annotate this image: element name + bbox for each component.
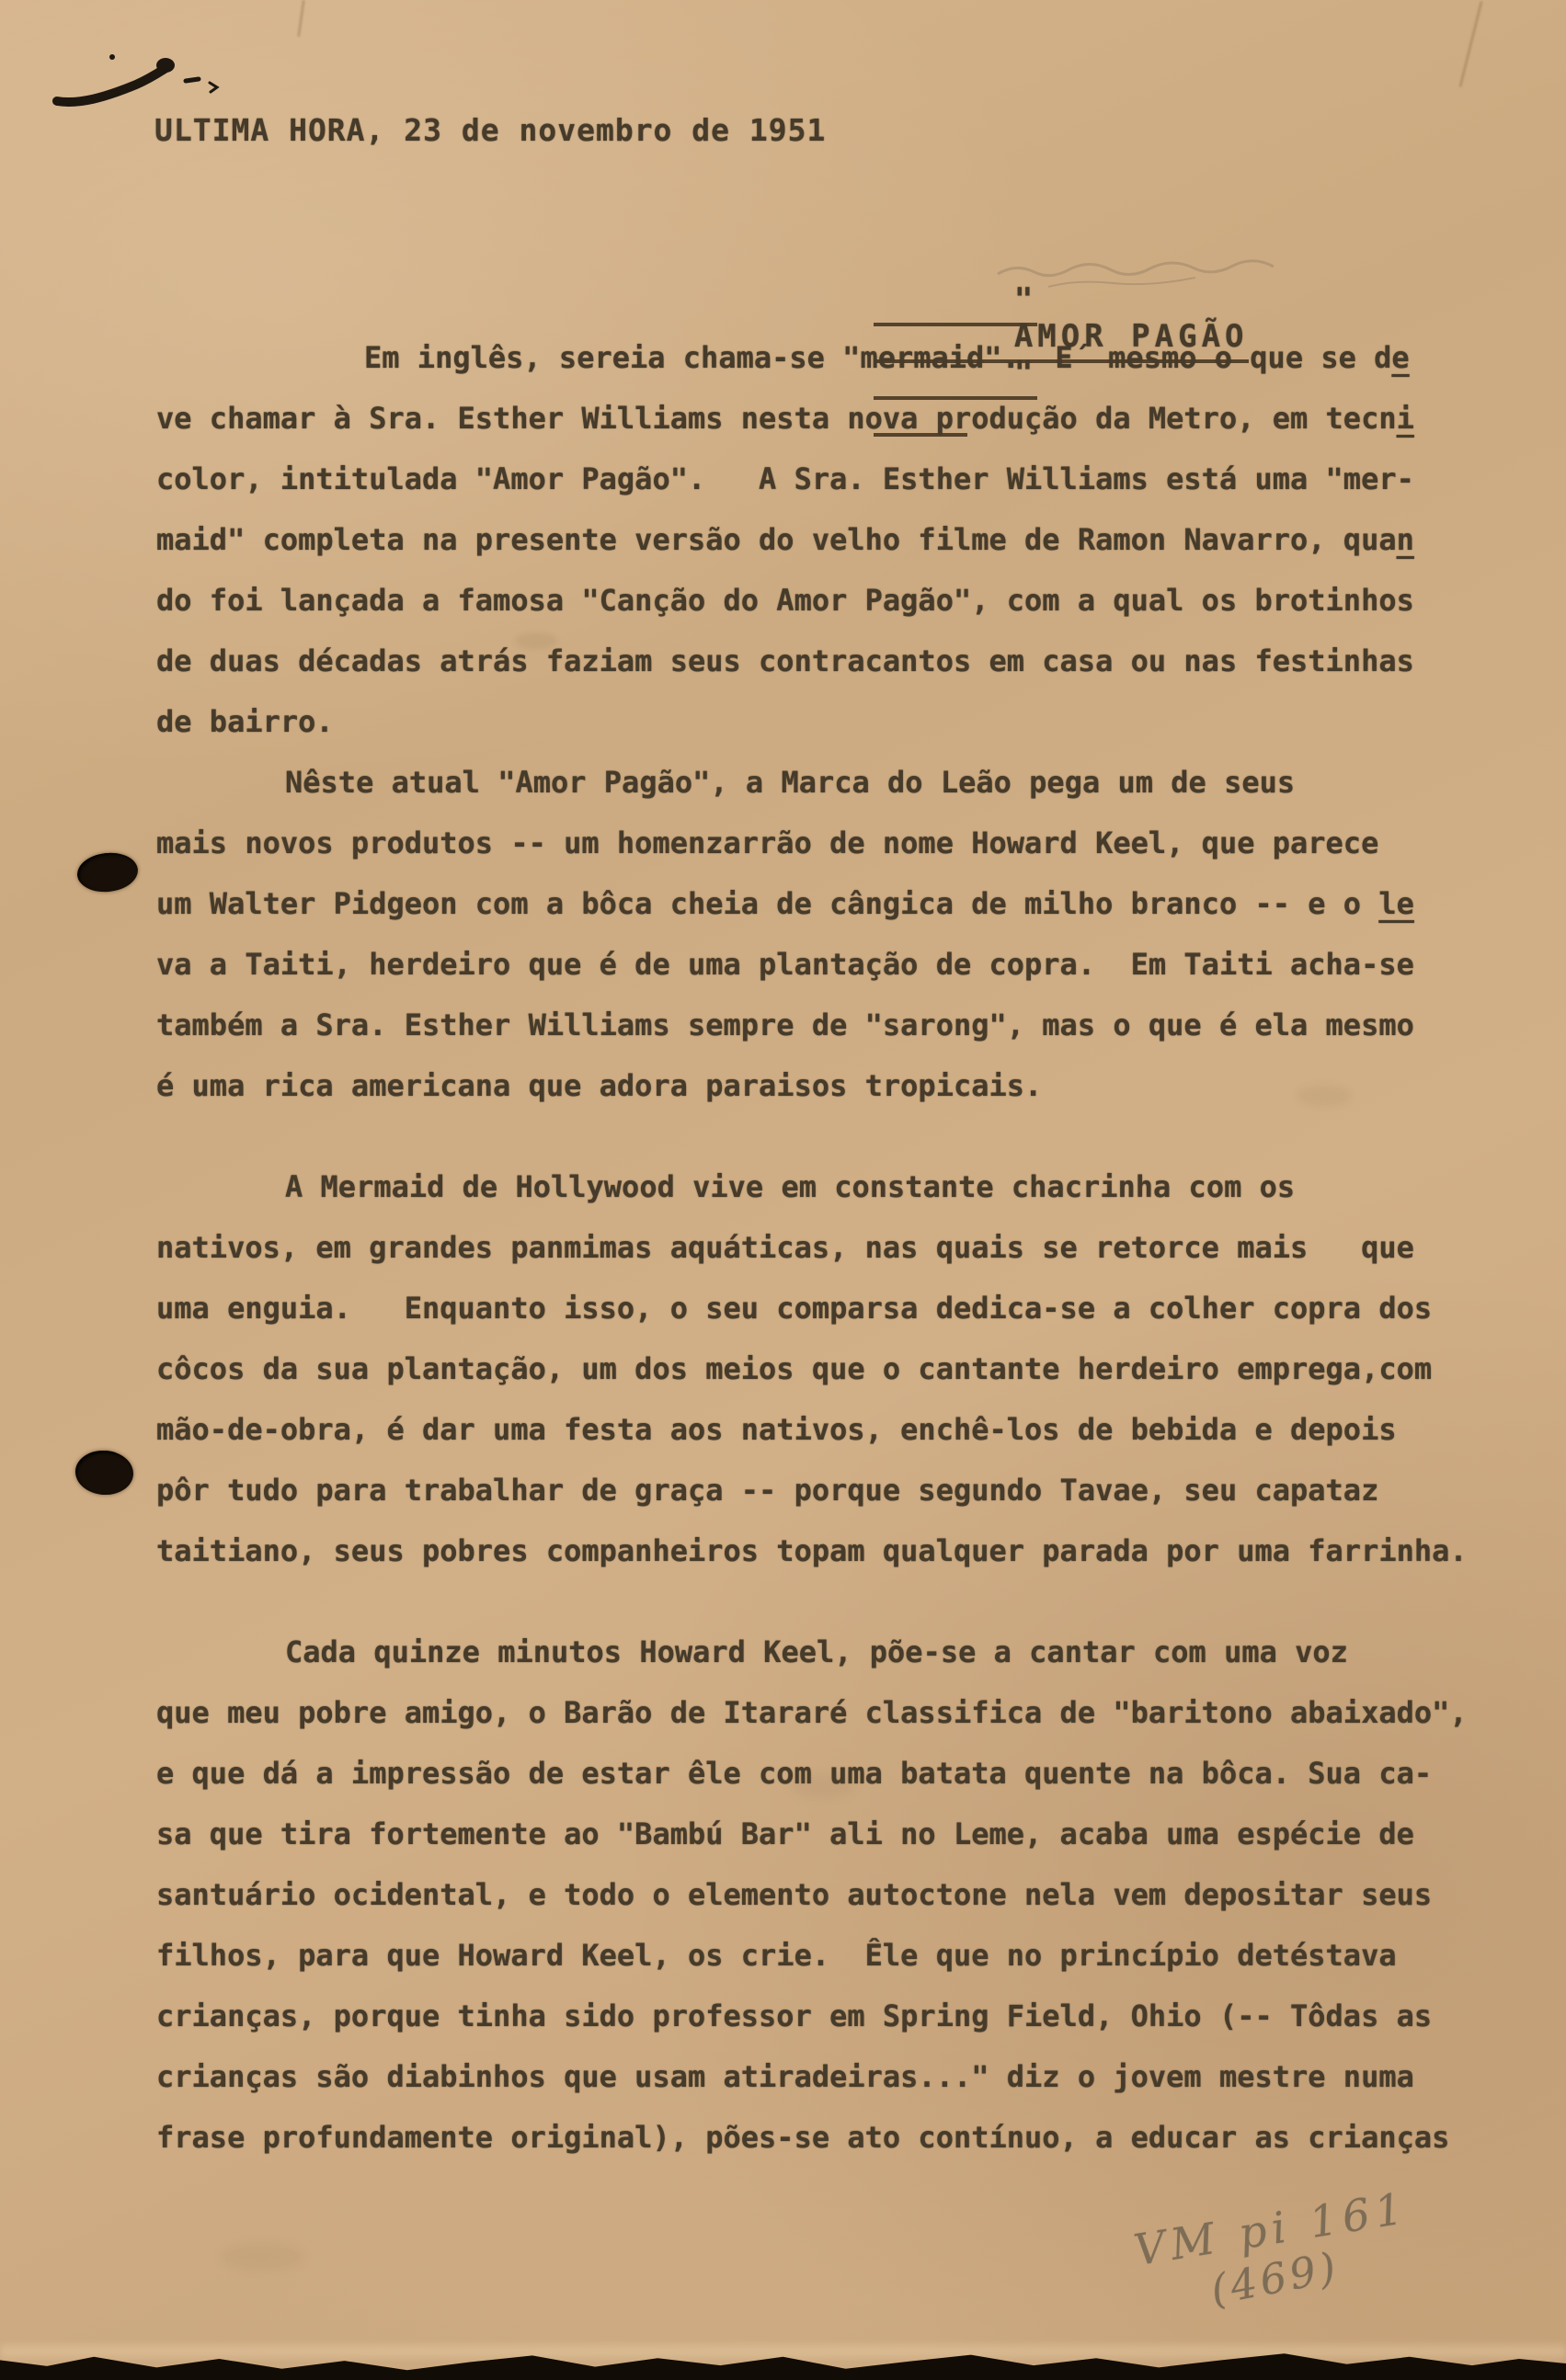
punch-hole-top <box>75 850 140 895</box>
typed-line: sa que tira fortemente ao "Bambú Bar" al… <box>156 1804 1526 1864</box>
paper-crease <box>297 0 305 37</box>
typed-line: também a Sra. Esther Williams sempre de … <box>156 995 1526 1055</box>
typed-line: mais novos produtos -- um homenzarrão de… <box>156 813 1526 873</box>
typed-line: filhos, para que Howard Keel, os crie. Ê… <box>156 1925 1526 1986</box>
typed-line: de bairro. <box>156 691 1526 752</box>
typed-line: que meu pobre amigo, o Barão de Itararé … <box>156 1682 1526 1743</box>
typed-line: mão-de-obra, é dar uma festa aos nativos… <box>156 1399 1526 1460</box>
typed-line: nativos, em grandes panmimas aquáticas, … <box>156 1217 1526 1278</box>
paragraph: A Mermaid de Hollywood vive em constante… <box>156 1156 1526 1581</box>
typed-line: Em inglês, sereia chama-se "mermaid". E´… <box>156 327 1526 388</box>
typed-line: ve chamar à Sra. Esther Williams nesta n… <box>156 388 1526 449</box>
typed-line: A Mermaid de Hollywood vive em constante… <box>156 1156 1526 1217</box>
typed-line: um Walter Pidgeon com a bôca cheia de câ… <box>156 873 1526 934</box>
typed-line: côcos da sua plantação, um dos meios que… <box>156 1338 1526 1399</box>
typed-line: crianças, porque tinha sido professor em… <box>156 1986 1526 2046</box>
typed-line: do foi lançada a famosa "Canção do Amor … <box>156 570 1526 631</box>
paragraph: Cada quinze minutos Howard Keel, põe-se … <box>156 1622 1526 2168</box>
typed-line: color, intitulada "Amor Pagão". A Sra. E… <box>156 449 1526 509</box>
typed-line: Cada quinze minutos Howard Keel, põe-se … <box>156 1622 1526 1682</box>
typed-line: de duas décadas atrás faziam seus contra… <box>156 631 1526 691</box>
ink-scribble-mark <box>48 44 250 118</box>
paragraph: Nêste atual "Amor Pagão", a Marca do Leã… <box>156 752 1526 1116</box>
typed-line: frase profundamente original), pões-se a… <box>156 2107 1526 2168</box>
typed-body: Em inglês, sereia chama-se "mermaid". E´… <box>156 327 1526 2168</box>
typed-line: é uma rica americana que adora paraisos … <box>156 1055 1526 1116</box>
typed-line: taitiano, seus pobres companheiros topam… <box>156 1520 1526 1581</box>
document-page: ULTIMA HORA, 23 de novembro de 1951 " AM… <box>0 0 1566 2380</box>
document-header: ULTIMA HORA, 23 de novembro de 1951 <box>154 112 826 148</box>
typed-line: santuário ocidental, e todo o elemento a… <box>156 1864 1526 1925</box>
paragraph: Em inglês, sereia chama-se "mermaid". E´… <box>156 327 1526 752</box>
paper-stain <box>221 2243 303 2271</box>
paper-bottom-edge-highlight <box>0 2345 1566 2358</box>
typed-line: crianças são diabinhos que usam atiradei… <box>156 2046 1526 2107</box>
faint-pencil-smudge <box>993 246 1306 292</box>
paper-crease <box>1458 1 1482 87</box>
punch-hole-bottom <box>74 1449 134 1497</box>
typed-line: Nêste atual "Amor Pagão", a Marca do Leã… <box>156 752 1526 813</box>
typed-line: uma enguia. Enquanto isso, o seu compars… <box>156 1278 1526 1338</box>
typed-line: e que dá a impressão de estar êle com um… <box>156 1743 1526 1804</box>
typed-line: pôr tudo para trabalhar de graça -- porq… <box>156 1460 1526 1520</box>
typed-line: maid" completa na presente versão do vel… <box>156 509 1526 570</box>
typed-line: va a Taiti, herdeiro que é de uma planta… <box>156 934 1526 995</box>
